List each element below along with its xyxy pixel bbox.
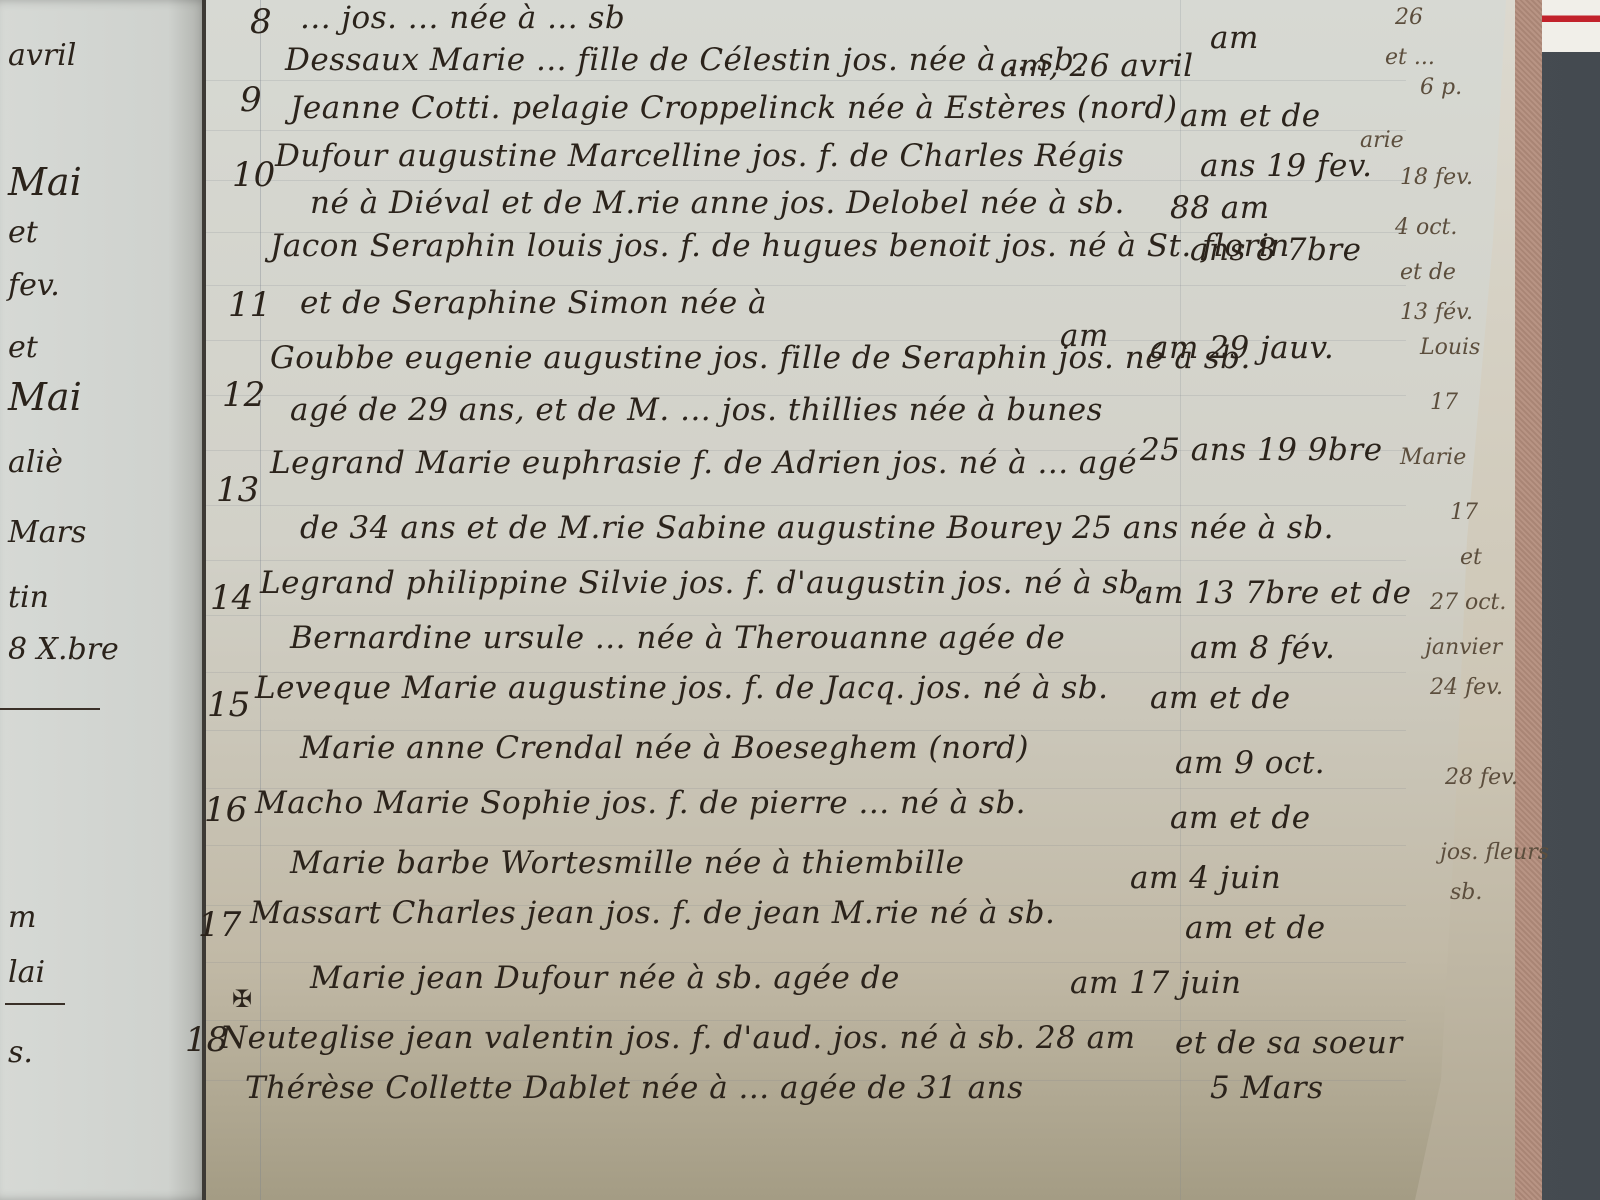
entry-line: agé de 29 ans, et de M. ... jos. thillie… <box>290 392 1103 428</box>
side-note: sb. <box>1450 880 1482 905</box>
margin-note: Mars <box>8 515 86 550</box>
side-note: 26 <box>1395 5 1423 30</box>
side-note: 4 oct. <box>1395 215 1457 240</box>
entry-date: ans 19 fev. <box>1200 148 1373 184</box>
entry-line: Neuteglise jean valentin jos. f. d'aud. … <box>220 1020 1136 1056</box>
side-note: arie <box>1360 128 1404 153</box>
margin-note: Mai <box>8 160 82 204</box>
entry-line: Marie barbe Wortesmille née à thiembille <box>290 845 965 881</box>
side-note: 28 fev. <box>1445 765 1518 790</box>
entry-date: am 9 oct. <box>1175 745 1325 781</box>
margin-note: et <box>8 215 38 250</box>
entry-date: am et de <box>1185 910 1326 946</box>
side-note: et <box>1460 545 1482 570</box>
side-note: 17 <box>1430 390 1458 415</box>
entry-number: 13 <box>216 470 259 510</box>
entry-date: 5 Mars <box>1210 1070 1324 1106</box>
ruled-line <box>206 560 1406 561</box>
side-note: Louis <box>1420 335 1480 360</box>
margin-note: s. <box>8 1035 33 1070</box>
side-note: 13 fév. <box>1400 300 1473 325</box>
divider-rule <box>5 1003 65 1005</box>
entry-number: 10 <box>232 155 275 195</box>
ruled-line <box>206 505 1406 506</box>
side-note: 27 oct. <box>1430 590 1506 615</box>
entry-date: et de sa soeur <box>1175 1025 1403 1061</box>
side-note: et ... <box>1385 45 1435 70</box>
entry-number: 11 <box>228 285 271 325</box>
entry-line: Marie anne Crendal née à Boeseghem (nord… <box>300 730 1029 766</box>
margin-note: avril <box>8 38 76 73</box>
entry-line: Jeanne Cotti. pelagie Croppelinck née à … <box>290 90 1177 126</box>
entry-number: 15 <box>207 685 250 725</box>
entry-date: am 8 fév. <box>1190 630 1335 666</box>
entry-number: 16 <box>204 790 247 830</box>
entry-date: am et de <box>1170 800 1311 836</box>
entry-number: 12 <box>222 375 265 415</box>
margin-note: Mai <box>8 375 82 419</box>
margin-note: tin <box>8 580 49 615</box>
side-note: 6 p. <box>1420 75 1462 100</box>
entry-date: am 4 juin <box>1130 860 1281 896</box>
margin-note: lai <box>8 955 45 990</box>
ruled-line <box>206 615 1406 616</box>
divider-rule <box>0 708 100 710</box>
entry-line: de 34 ans et de M.rie Sabine augustine B… <box>300 510 1334 546</box>
entry-line: Legrand Marie euphrasie f. de Adrien jos… <box>270 445 1137 481</box>
entry-number: 9 <box>240 80 262 120</box>
side-note: 18 fev. <box>1400 165 1473 190</box>
side-note: et de <box>1400 260 1456 285</box>
entry-number: 8 <box>250 2 272 42</box>
ruled-line <box>206 80 1406 81</box>
entry-line: Marie jean Dufour née à sb. agée de <box>310 960 900 996</box>
entry-line: Legrand philippine Silvie jos. f. d'augu… <box>260 565 1149 601</box>
entry-date: am <box>1210 20 1259 56</box>
entry-line: et de Seraphine Simon née à <box>300 285 767 321</box>
entry-line: Thérèse Collette Dablet née à ... agée d… <box>245 1070 1024 1106</box>
entry-line: Goubbe eugenie augustine jos. fille de S… <box>270 340 1251 376</box>
side-note: janvier <box>1425 635 1502 660</box>
side-note: Marie <box>1400 445 1466 470</box>
entry-date: am 17 juin <box>1070 965 1242 1001</box>
margin-note: fev. <box>8 268 60 303</box>
cross-mark-icon: ✠ <box>232 985 252 1013</box>
entry-number: 17 <box>198 905 241 945</box>
entry-date: am et de <box>1180 98 1321 134</box>
entry-line: Jacon Seraphin louis jos. f. de hugues b… <box>270 228 1290 264</box>
entry-date: am et de <box>1150 680 1291 716</box>
entry-line: Bernardine ursule ... née à Therouanne a… <box>290 620 1065 656</box>
margin-note: 8 X.bre <box>8 632 119 667</box>
side-note: jos. fleurs <box>1440 840 1549 865</box>
entry-date: ans 8 7bre <box>1190 232 1362 268</box>
entry-line: Dufour augustine Marcelline jos. f. de C… <box>275 138 1124 174</box>
entry-line: Massart Charles jean jos. f. de jean M.r… <box>250 895 1055 931</box>
entry-line: Leveque Marie augustine jos. f. de Jacq.… <box>255 670 1109 706</box>
entry-line: ... jos. ... née à ... sb <box>300 0 625 36</box>
entry-date: 25 ans 19 9bre <box>1140 432 1383 468</box>
margin-note: aliè <box>8 445 63 480</box>
entry-line: Dessaux Marie ... fille de Célestin jos.… <box>285 42 1085 78</box>
margin-note: et <box>8 330 38 365</box>
entry-date: am 29 jauv. <box>1150 330 1334 366</box>
entry-line: né à Diéval et de M.rie anne jos. Delobe… <box>310 185 1125 221</box>
entry-line: Macho Marie Sophie jos. f. de pierre ...… <box>255 785 1026 821</box>
left-page: avril Mai et fev. et Mai aliè Mars tin 8… <box>0 0 210 1200</box>
entry-date: 88 am <box>1170 190 1270 226</box>
side-note: 17 <box>1450 500 1478 525</box>
entry-date: am 13 7bre et de <box>1135 575 1411 611</box>
margin-note: m <box>8 900 36 935</box>
entry-date: am, 26 avril <box>1000 48 1194 84</box>
entry-number: 14 <box>210 578 253 618</box>
side-note: 24 fev. <box>1430 675 1503 700</box>
